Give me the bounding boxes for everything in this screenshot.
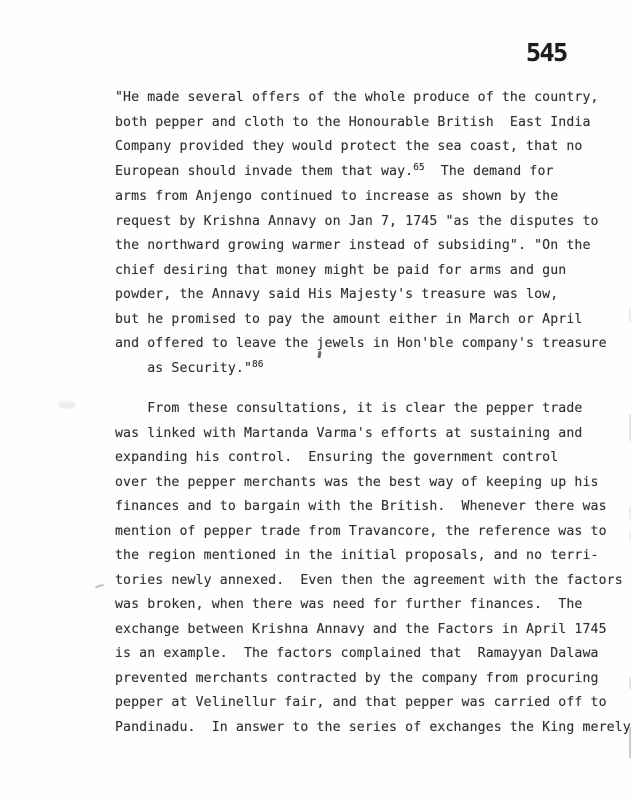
text-line: is an example. The factors complained th… bbox=[115, 642, 635, 667]
text-line: exchange between Krishna Annavy and the … bbox=[115, 618, 635, 643]
text-line: finances and to bargain with the British… bbox=[115, 495, 635, 520]
text-line: as Security."86 bbox=[115, 357, 635, 383]
text-line: was linked with Martanda Varma's efforts… bbox=[115, 422, 635, 447]
text-line: "He made several offers of the whole pro… bbox=[115, 86, 635, 111]
text-line: request by Krishna Annavy on Jan 7, 1745… bbox=[115, 210, 635, 235]
text-line: From these consultations, it is clear th… bbox=[115, 397, 635, 422]
text-line: arms from Anjengo continued to increase … bbox=[115, 185, 635, 210]
footnote-reference: 65 bbox=[413, 162, 424, 173]
text-line: Pandinadu. In answer to the series of ex… bbox=[115, 716, 635, 741]
text-line: prevented merchants contracted by the co… bbox=[115, 667, 635, 692]
body-text: "He made several offers of the whole pro… bbox=[115, 86, 635, 740]
text-line: tories newly annexed. Even then the agre… bbox=[115, 569, 635, 594]
text-line: the northward growing warmer instead of … bbox=[115, 234, 635, 259]
scan-smudge-left-margin bbox=[58, 401, 76, 409]
text-line: both pepper and cloth to the Honourable … bbox=[115, 111, 635, 136]
paragraph: "He made several offers of the whole pro… bbox=[115, 86, 635, 382]
text-line: chief desiring that money might be paid … bbox=[115, 259, 635, 284]
page-number: 545 bbox=[526, 38, 567, 67]
text-line: Company provided they would protect the … bbox=[115, 135, 635, 160]
paragraph: From these consultations, it is clear th… bbox=[115, 397, 635, 740]
text-line: but he promised to pay the amount either… bbox=[115, 308, 635, 333]
text-line: pepper at Velinellur fair, and that pepp… bbox=[115, 691, 635, 716]
footnote-reference: 86 bbox=[252, 359, 263, 370]
text-line: mention of pepper trade from Travancore,… bbox=[115, 520, 635, 545]
document-page: 545 "He made several offers of the whole… bbox=[0, 0, 636, 800]
text-line: the region mentioned in the initial prop… bbox=[115, 544, 635, 569]
text-line: over the pepper merchants was the best w… bbox=[115, 471, 635, 496]
text-line: European should invade them that way.65 … bbox=[115, 160, 635, 186]
text-line: and offered to leave the jewels in Hon'b… bbox=[115, 332, 635, 357]
scan-tick-mark bbox=[95, 584, 104, 589]
text-line: was broken, when there was need for furt… bbox=[115, 593, 635, 618]
text-line: powder, the Annavy said His Majesty's tr… bbox=[115, 283, 635, 308]
text-line: expanding his control. Ensuring the gove… bbox=[115, 446, 635, 471]
